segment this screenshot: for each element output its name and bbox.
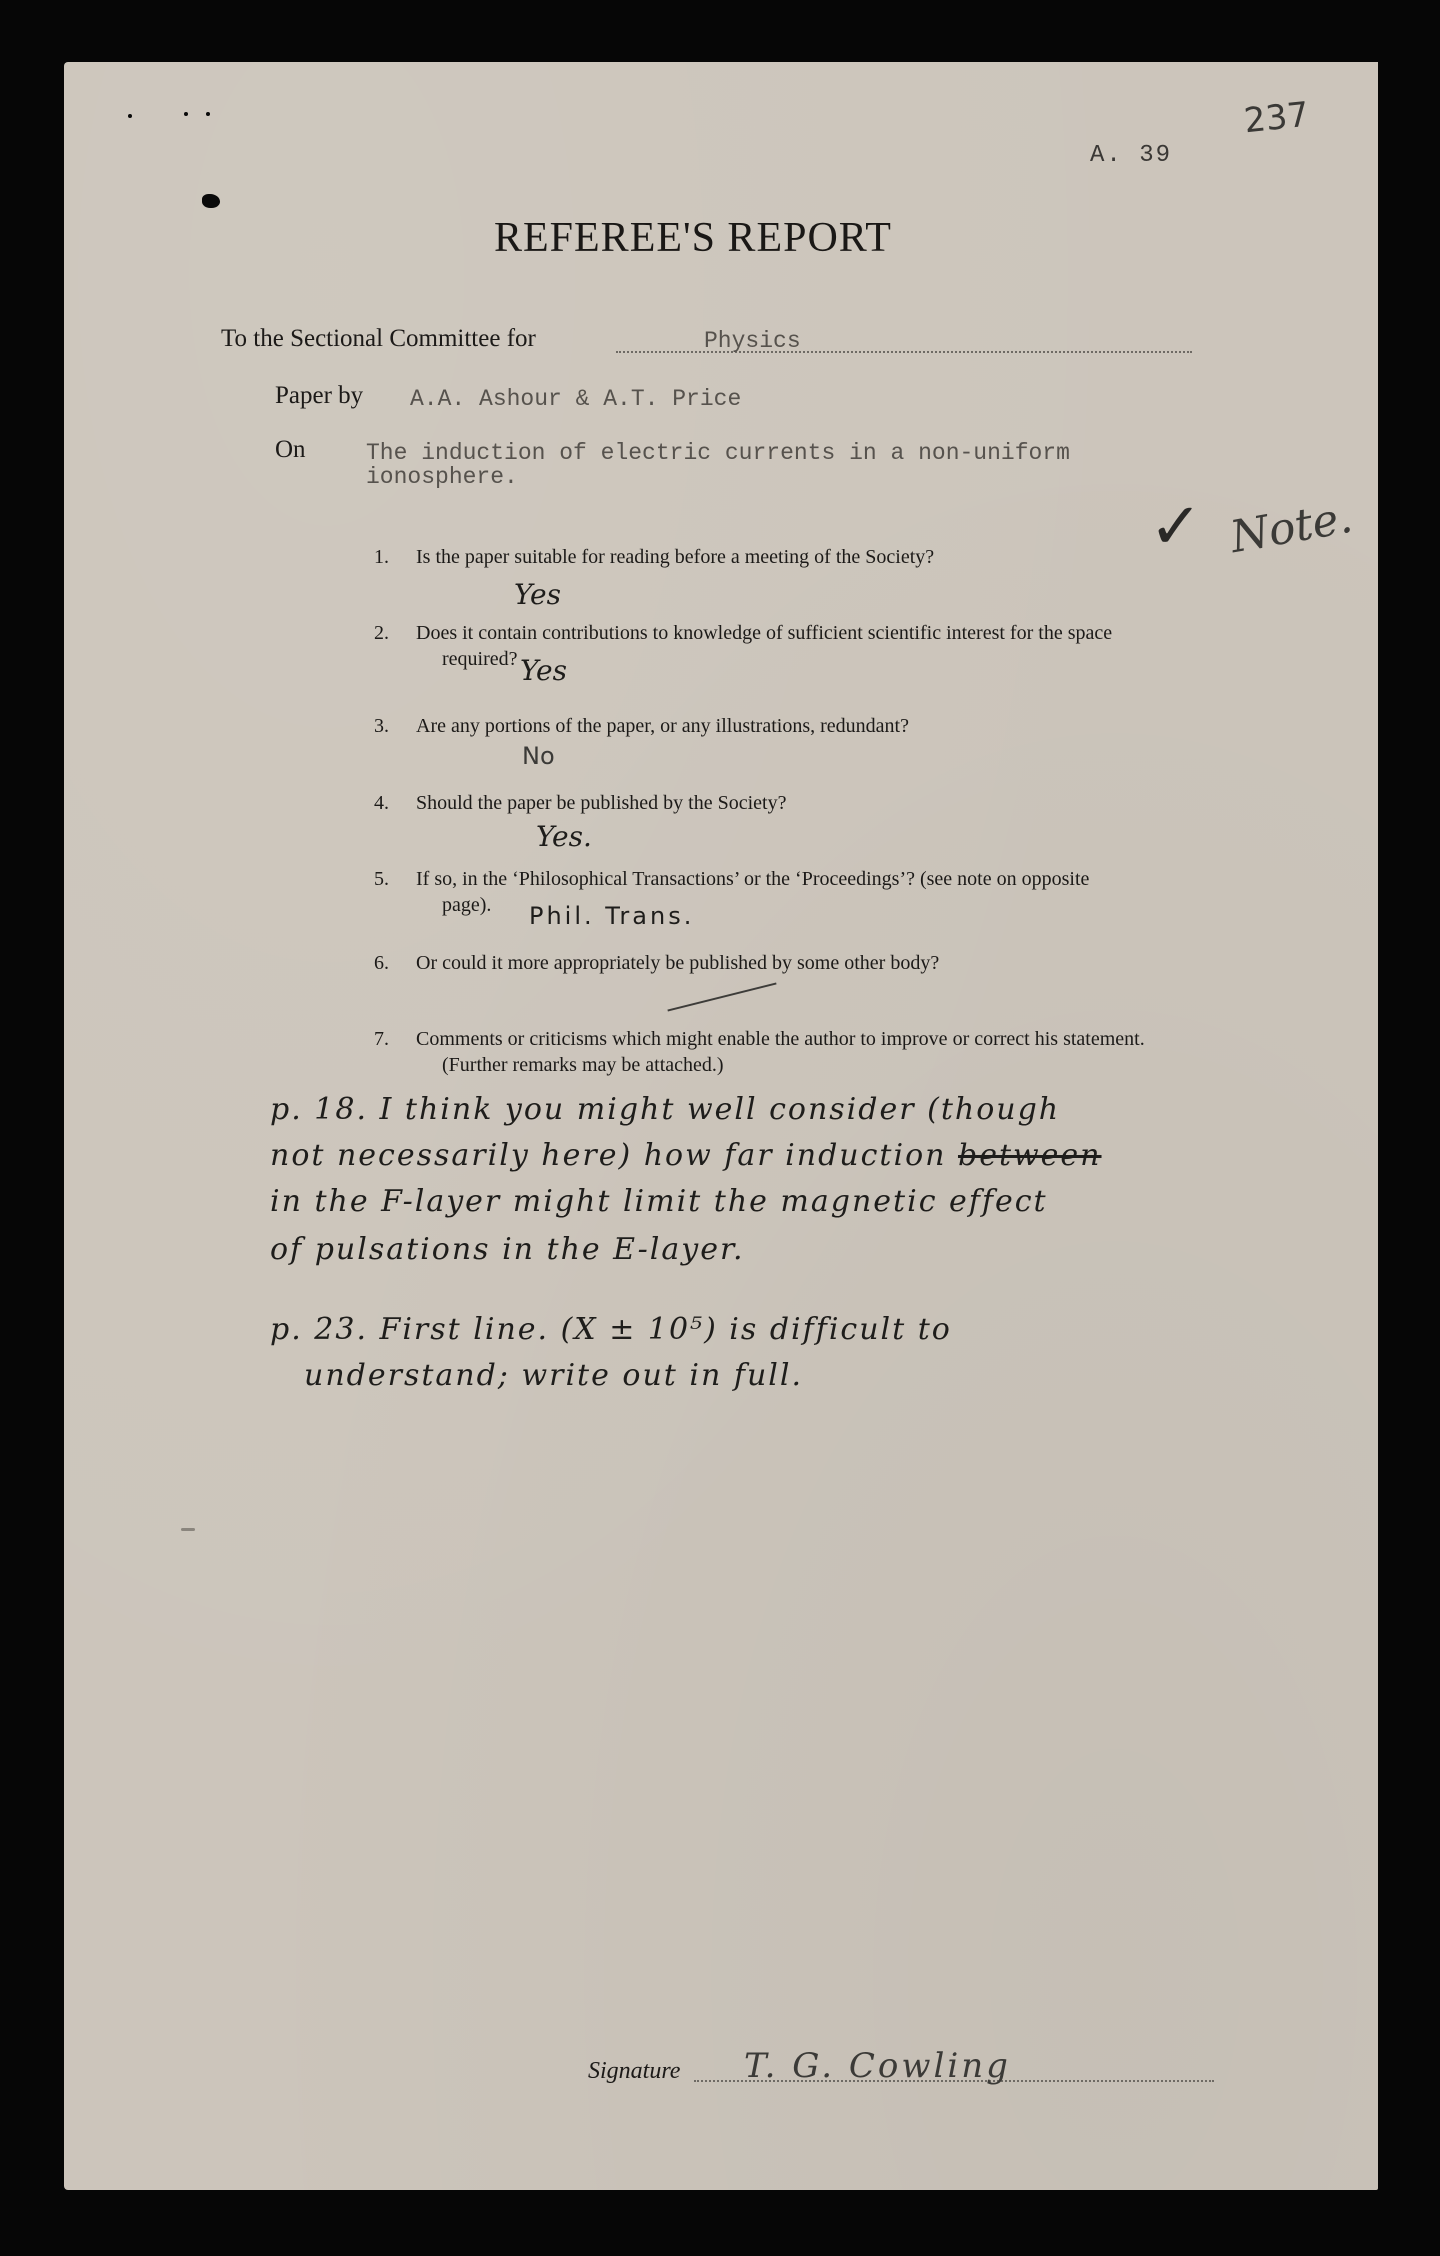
struck-word: between <box>958 1138 1102 1173</box>
comment-line-6: understand; write out in full. <box>304 1358 803 1393</box>
question-text: Comments or criticisms which might enabl… <box>416 1028 1145 1050</box>
comment-line-3: in the F-layer might limit the magnetic … <box>270 1184 1048 1219</box>
comment-line-2: not necessarily here) how far induction … <box>270 1138 1102 1173</box>
question-text: If so, in the ‘Philosophical Transaction… <box>416 868 1089 890</box>
folio-number: 237 <box>1242 95 1311 142</box>
question-3: 3.Are any portions of the paper, or any … <box>374 713 1274 739</box>
comment-line-4: of pulsations in the E-layer. <box>270 1232 745 1267</box>
pin-hole <box>184 112 188 116</box>
question-continuation: required? <box>374 646 1274 672</box>
question-2: 2.Does it contain contributions to knowl… <box>374 620 1274 672</box>
on-label: On <box>275 436 306 464</box>
punch-hole <box>202 194 220 208</box>
answer-1: Yes <box>514 578 561 611</box>
pin-hole <box>206 112 210 116</box>
question-text: Is the paper suitable for reading before… <box>416 546 934 568</box>
signature-label: Signature <box>588 2058 680 2085</box>
question-text: Or could it more appropriately be publis… <box>416 952 939 974</box>
page-title: REFEREE'S REPORT <box>494 214 892 262</box>
question-7: 7.Comments or criticisms which might ena… <box>374 1026 1274 1078</box>
form-number: A. 39 <box>1090 142 1172 169</box>
question-5: 5.If so, in the ‘Philosophical Transacti… <box>374 866 1274 918</box>
referee-report-page: A. 39 237 REFEREE'S REPORT To the Sectio… <box>64 62 1378 2190</box>
paper-title-line2: ionosphere. <box>366 464 518 490</box>
comment-line-5: p. 23. First line. (X ± 10⁵) is difficul… <box>270 1312 952 1347</box>
answer-2: Yes <box>520 654 567 687</box>
paper-by-label: Paper by <box>275 382 363 410</box>
signature-value: T. G. Cowling <box>744 2046 1011 2086</box>
answer-3: No <box>522 742 555 770</box>
question-text: Are any portions of the paper, or any il… <box>416 715 909 737</box>
committee-dotted-line <box>616 351 1192 353</box>
answer-6-dash <box>667 982 776 1011</box>
paper-by-value: A.A. Ashour & A.T. Price <box>410 386 741 412</box>
committee-label: To the Sectional Committee for <box>221 325 536 353</box>
question-1: 1.Is the paper suitable for reading befo… <box>374 544 1274 570</box>
answer-5: Phil. Trans. <box>529 902 694 930</box>
committee-value: Physics <box>704 328 801 354</box>
answer-4: Yes. <box>536 820 592 853</box>
comment-line-1: p. 18. I think you might well consider (… <box>270 1092 1060 1127</box>
question-6: 6.Or could it more appropriately be publ… <box>374 950 1274 976</box>
question-text: Does it contain contributions to knowled… <box>416 622 1112 644</box>
stray-mark <box>181 1528 195 1531</box>
paper-title-line1: The induction of electric currents in a … <box>366 440 1070 466</box>
question-continuation: (Further remarks may be attached.) <box>374 1052 1274 1078</box>
question-continuation: page). <box>374 892 1274 918</box>
pin-hole <box>128 114 132 118</box>
question-text: Should the paper be published by the Soc… <box>416 792 786 814</box>
question-4: 4.Should the paper be published by the S… <box>374 790 1274 816</box>
